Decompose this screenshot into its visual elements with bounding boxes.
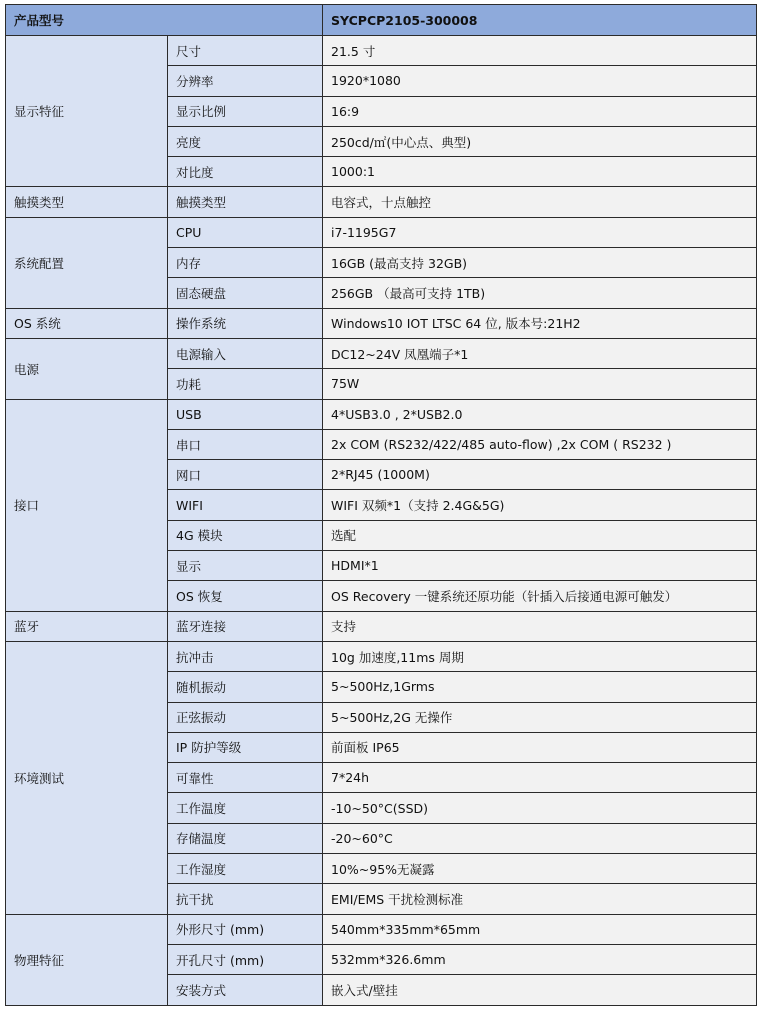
spec-name-cell: 对比度 [168,157,323,187]
table-row: 电源电源输入DC12~24V 凤凰端子*1 [6,338,757,368]
spec-value-cell: 支持 [323,611,757,641]
table-row: 触摸类型触摸类型电容式，十点触控 [6,187,757,217]
spec-value-cell: 4*USB3.0 , 2*USB2.0 [323,399,757,429]
category-cell: 环境测试 [6,641,168,914]
spec-value-cell: 10g 加速度,11ms 周期 [323,641,757,671]
spec-value-cell: 前面板 IP65 [323,732,757,762]
category-cell: 显示特征 [6,36,168,187]
spec-name-cell: WIFI [168,490,323,520]
category-cell: 物理特征 [6,914,168,1005]
spec-name-cell: 存储温度 [168,823,323,853]
spec-name-cell: 触摸类型 [168,187,323,217]
spec-name-cell: 正弦振动 [168,702,323,732]
spec-name-cell: 随机振动 [168,672,323,702]
spec-value-cell: 5~500Hz,1Grms [323,672,757,702]
spec-name-cell: 工作湿度 [168,854,323,884]
table-row: 物理特征外形尺寸 (mm)540mm*335mm*65mm [6,914,757,944]
spec-value-cell: 250cd/㎡(中心点、典型) [323,126,757,156]
spec-name-cell: 外形尺寸 (mm) [168,914,323,944]
spec-value-cell: HDMI*1 [323,551,757,581]
table-row: 环境测试抗冲击10g 加速度,11ms 周期 [6,641,757,671]
spec-name-cell: 内存 [168,248,323,278]
spec-name-cell: 操作系统 [168,308,323,338]
spec-name-cell: USB [168,399,323,429]
spec-value-cell: -10~50°C(SSD) [323,793,757,823]
spec-value-cell: 2x COM (RS232/422/485 auto-flow) ,2x COM… [323,429,757,459]
spec-table-body: 产品型号 SYCPCP2105-300008 显示特征尺寸21.5 寸分辨率19… [6,5,757,1006]
spec-value-cell: 1000:1 [323,157,757,187]
spec-name-cell: 4G 模块 [168,520,323,550]
spec-name-cell: 网口 [168,460,323,490]
spec-table: 产品型号 SYCPCP2105-300008 显示特征尺寸21.5 寸分辨率19… [5,4,757,1006]
spec-value-cell: 532mm*326.6mm [323,944,757,974]
table-row: 显示特征尺寸21.5 寸 [6,36,757,66]
spec-value-cell: 21.5 寸 [323,36,757,66]
spec-name-cell: 开孔尺寸 (mm) [168,944,323,974]
category-cell: 蓝牙 [6,611,168,641]
category-cell: 接口 [6,399,168,611]
table-row: 系统配置CPUi7-1195G7 [6,217,757,247]
spec-value-cell: i7-1195G7 [323,217,757,247]
spec-value-cell: OS Recovery 一键系统还原功能（针插入后接通电源可触发） [323,581,757,611]
category-cell: OS 系统 [6,308,168,338]
spec-value-cell: DC12~24V 凤凰端子*1 [323,338,757,368]
spec-name-cell: 可靠性 [168,763,323,793]
table-row: OS 系统操作系统Windows10 IOT LTSC 64 位, 版本号:21… [6,308,757,338]
category-cell: 电源 [6,338,168,399]
header-row: 产品型号 SYCPCP2105-300008 [6,5,757,36]
category-cell: 触摸类型 [6,187,168,217]
spec-name-cell: 显示比例 [168,96,323,126]
spec-name-cell: 亮度 [168,126,323,156]
spec-value-cell: WIFI 双频*1（支持 2.4G&5G) [323,490,757,520]
spec-value-cell: 10%~95%无凝露 [323,854,757,884]
spec-name-cell: 功耗 [168,369,323,399]
table-row: 接口USB4*USB3.0 , 2*USB2.0 [6,399,757,429]
spec-name-cell: 分辨率 [168,66,323,96]
spec-value-cell: 1920*1080 [323,66,757,96]
spec-name-cell: 电源输入 [168,338,323,368]
spec-value-cell: Windows10 IOT LTSC 64 位, 版本号:21H2 [323,308,757,338]
spec-name-cell: 抗冲击 [168,641,323,671]
spec-name-cell: IP 防护等级 [168,732,323,762]
category-cell: 系统配置 [6,217,168,308]
spec-name-cell: 尺寸 [168,36,323,66]
spec-name-cell: 安装方式 [168,975,323,1005]
model-value: SYCPCP2105-300008 [323,5,757,36]
spec-name-cell: 固态硬盘 [168,278,323,308]
spec-value-cell: -20~60°C [323,823,757,853]
spec-name-cell: 显示 [168,551,323,581]
table-row: 蓝牙蓝牙连接支持 [6,611,757,641]
spec-value-cell: 5~500Hz,2G 无操作 [323,702,757,732]
spec-name-cell: CPU [168,217,323,247]
spec-value-cell: 7*24h [323,763,757,793]
spec-value-cell: 540mm*335mm*65mm [323,914,757,944]
spec-value-cell: 选配 [323,520,757,550]
spec-name-cell: 抗干扰 [168,884,323,914]
spec-name-cell: 蓝牙连接 [168,611,323,641]
spec-value-cell: 嵌入式/壁挂 [323,975,757,1005]
spec-value-cell: 电容式，十点触控 [323,187,757,217]
spec-name-cell: OS 恢复 [168,581,323,611]
spec-value-cell: 16:9 [323,96,757,126]
spec-value-cell: EMI/EMS 干扰检测标准 [323,884,757,914]
spec-name-cell: 串口 [168,429,323,459]
spec-value-cell: 75W [323,369,757,399]
spec-name-cell: 工作温度 [168,793,323,823]
model-label: 产品型号 [6,5,323,36]
spec-value-cell: 2*RJ45 (1000M) [323,460,757,490]
spec-value-cell: 16GB (最高支持 32GB) [323,248,757,278]
spec-value-cell: 256GB （最高可支持 1TB) [323,278,757,308]
